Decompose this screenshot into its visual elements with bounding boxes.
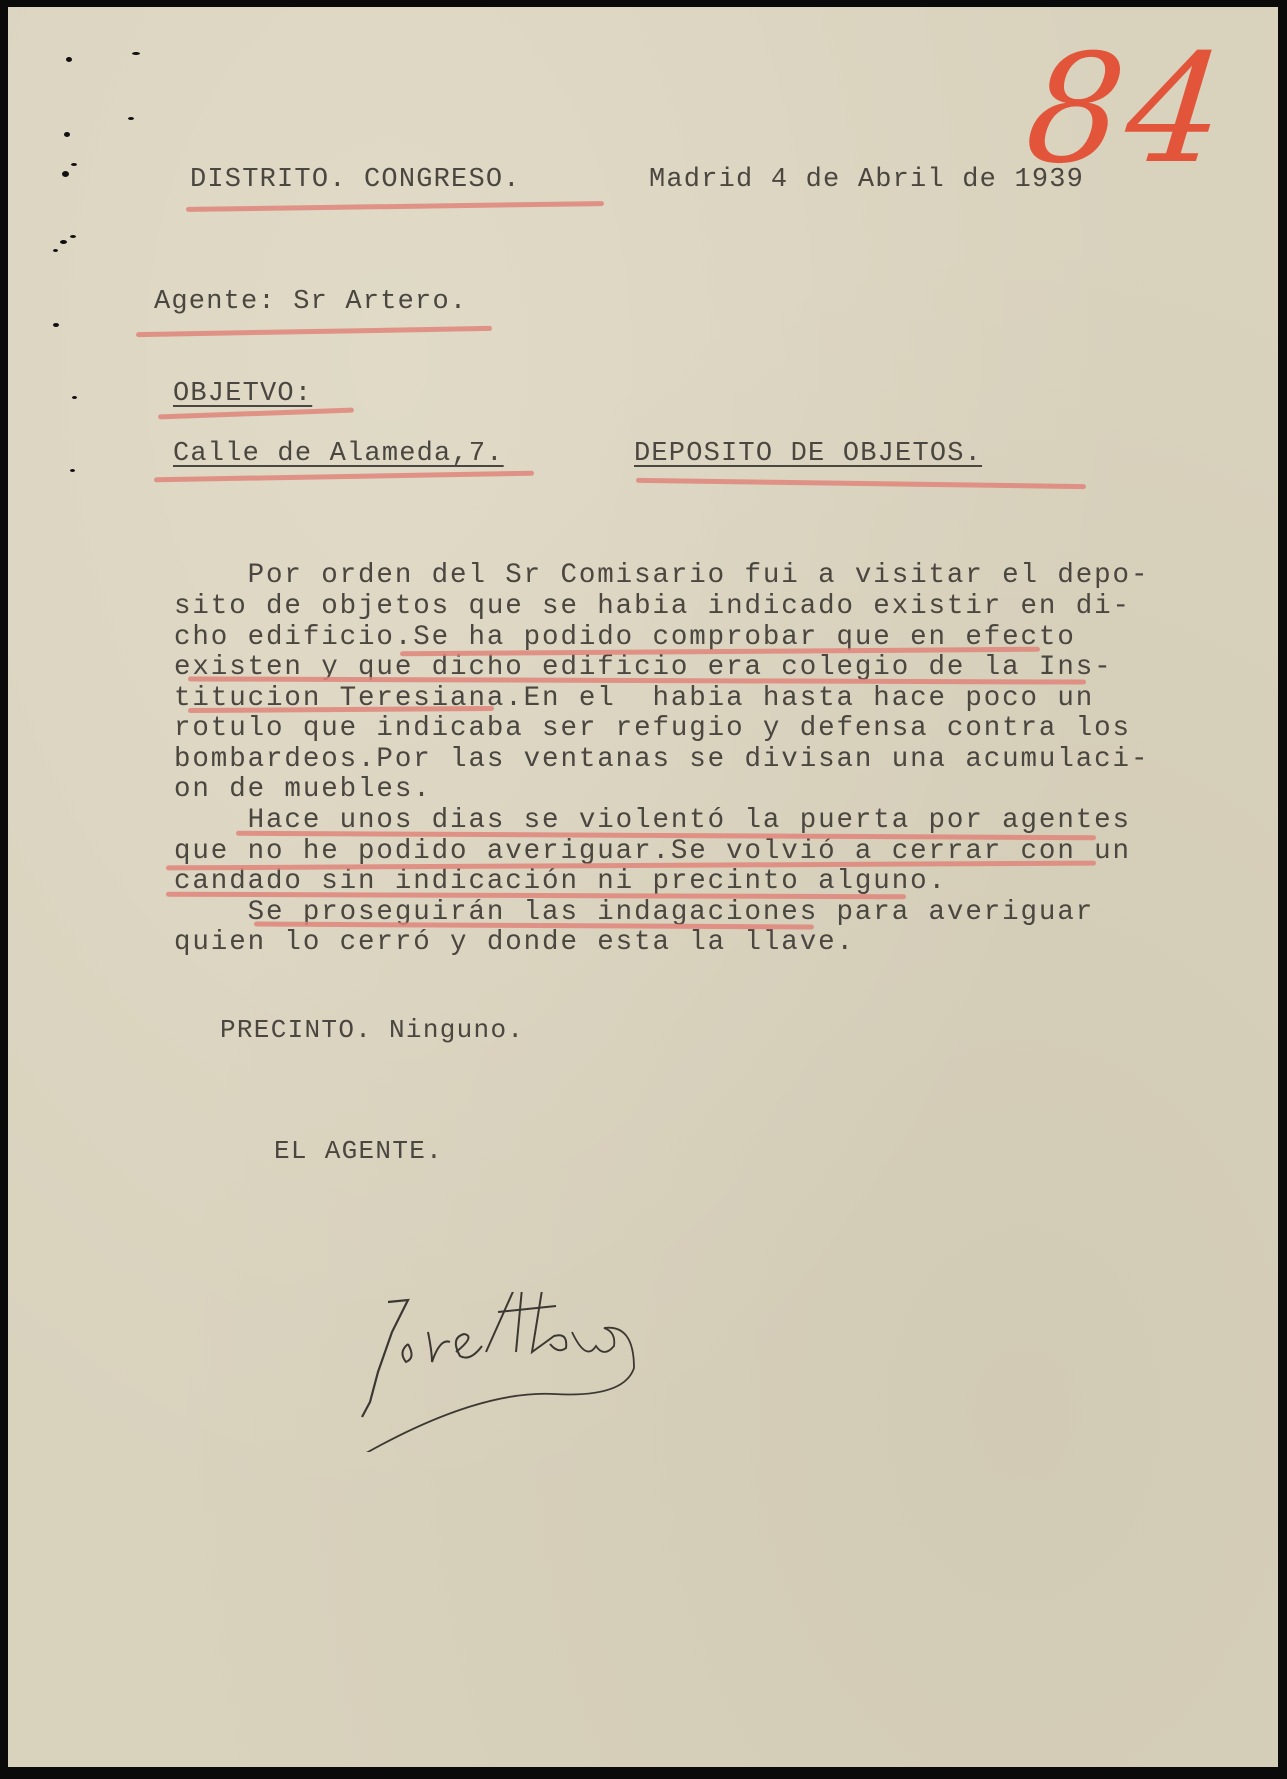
red-underline (186, 201, 604, 212)
page-number: 84 (1020, 35, 1235, 185)
objective-address: Calle de Alameda,7. (173, 441, 504, 468)
punch-hole-mark (72, 396, 77, 399)
red-underline (154, 471, 534, 483)
place-date: Madrid 4 de Abril de 1939 (649, 167, 1084, 194)
seal-line: PRECINTO. Ninguno. (220, 1017, 524, 1043)
red-underline (158, 408, 354, 420)
signature (348, 1292, 748, 1452)
body-line: on de muebles. (174, 776, 432, 804)
punch-hole-mark (53, 323, 59, 327)
body-line: bombardeos.Por las ventanas se divisan u… (174, 746, 1149, 774)
body-line: Por orden del Sr Comisario fui a visitar… (174, 562, 1149, 590)
punch-hole-mark (132, 52, 140, 55)
punch-hole-mark (70, 235, 76, 238)
objective-type: DEPOSITO DE OBJETOS. (634, 441, 982, 468)
objective-label: OBJETVO: (173, 381, 312, 408)
punch-hole-mark (71, 163, 77, 166)
punch-hole-mark (62, 171, 69, 177)
body-line: sito de objetos que se habia indicado ex… (174, 593, 1131, 621)
district-heading: DISTRITO. CONGRESO. (190, 167, 521, 194)
punch-hole-mark (128, 117, 134, 120)
body-line: rotulo que indicaba ser refugio y defens… (174, 715, 1131, 743)
body-line: quien lo cerró y donde esta la llave. (174, 929, 855, 957)
red-underline (636, 478, 1086, 489)
punch-hole-mark (70, 469, 75, 472)
red-underline (136, 326, 492, 337)
punch-hole-mark (64, 132, 70, 137)
punch-hole-mark (53, 249, 58, 252)
agent-line: Agente: Sr Artero. (154, 289, 467, 316)
punch-hole-mark (60, 240, 67, 244)
document-page: 84 DISTRITO. CONGRESO. Madrid 4 de Abril… (8, 7, 1278, 1767)
signature-label: EL AGENTE. (274, 1138, 443, 1164)
punch-hole-mark (66, 57, 72, 62)
